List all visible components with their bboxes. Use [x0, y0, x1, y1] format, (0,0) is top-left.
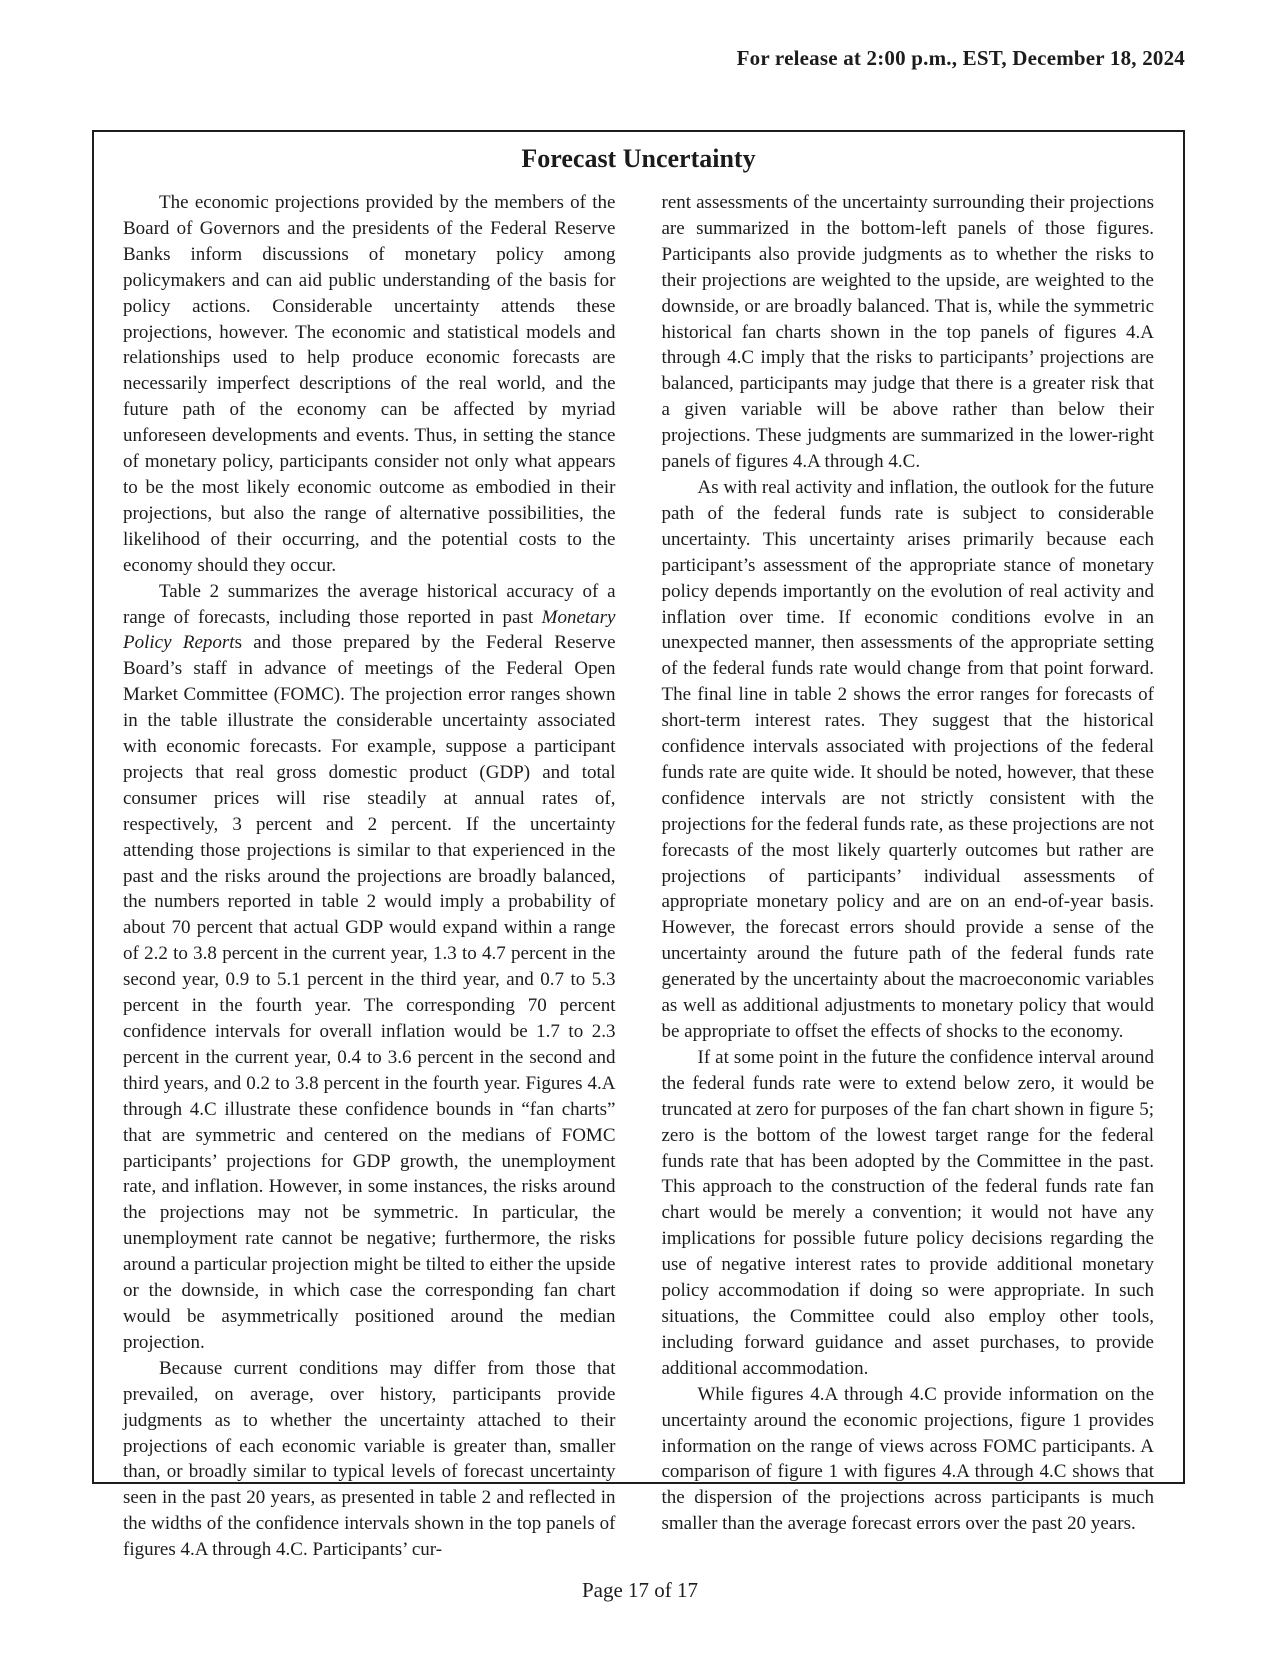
paragraph-judgments-continued: rent assessments of the uncertainty surr…	[662, 190, 1155, 475]
paragraph-table2: Table 2 summarizes the average historica…	[123, 579, 616, 1356]
paragraph-federal-funds-uncertainty: As with real activity and inflation, the…	[662, 475, 1155, 1045]
forecast-uncertainty-box: Forecast Uncertainty The economic projec…	[92, 130, 1185, 1484]
document-page: { "header": { "release_line": "For relea…	[0, 0, 1280, 1656]
release-timestamp: For release at 2:00 p.m., EST, December …	[737, 46, 1185, 71]
left-column: The economic projections provided by the…	[123, 190, 616, 1563]
paragraph-judgments: Because current conditions may differ fr…	[123, 1356, 616, 1563]
box-title: Forecast Uncertainty	[94, 144, 1183, 174]
page-number: Page 17 of 17	[0, 1578, 1280, 1603]
paragraph-table2-text-cont: s and those prepared by the Federal Rese…	[123, 632, 616, 1352]
two-column-text: The economic projections provided by the…	[94, 174, 1183, 1563]
paragraph-zero-truncation: If at some point in the future the confi…	[662, 1045, 1155, 1382]
paragraph-dispersion: While figures 4.A through 4.C provide in…	[662, 1382, 1155, 1537]
paragraph-intro: The economic projections provided by the…	[123, 190, 616, 579]
right-column: rent assessments of the uncertainty surr…	[662, 190, 1155, 1563]
